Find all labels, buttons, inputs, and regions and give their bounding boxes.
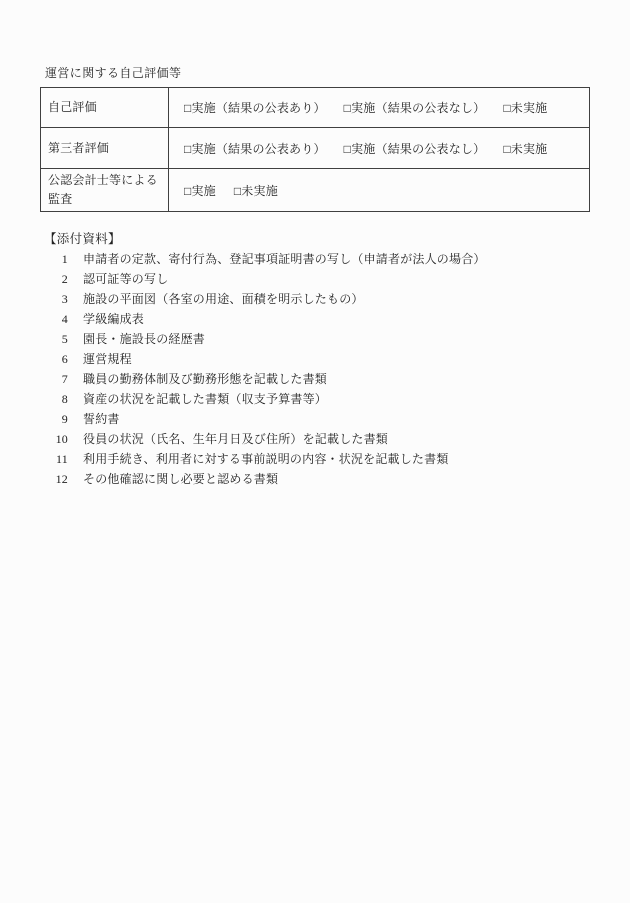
list-item-number: 4 [40,309,68,329]
table-row-third-party-evaluation: 第三者評価 □実施（結果の公表あり） □実施（結果の公表なし） □未実施 [41,128,590,169]
table-row-self-evaluation: 自己評価 □実施（結果の公表あり） □実施（結果の公表なし） □未実施 [41,88,590,128]
checkbox-option: □実施（結果の公表なし） [344,99,486,116]
row-options-cell: □実施 □未実施 [169,169,590,212]
list-item: 1 申請者の定款、寄付行為、登記事項証明書の写し（申請者が法人の場合） [40,249,600,269]
list-item: 11 利用手続き、利用者に対する事前説明の内容・状況を記載した書類 [40,449,600,469]
list-item: 4 学級編成表 [40,309,600,329]
list-item-text: 園長・施設長の経歴書 [83,329,205,349]
list-item-number: 7 [40,369,68,389]
list-item: 8 資産の状況を記載した書類（収支予算書等） [40,389,600,409]
list-item: 6 運営規程 [40,349,600,369]
checkbox-option: □未実施 [503,140,547,157]
list-item: 2 認可証等の写し [40,269,600,289]
list-item-text: 運営規程 [83,349,132,369]
section-title: 運営に関する自己評価等 [45,64,181,81]
row-label: 自己評価 [41,88,169,128]
list-item: 7 職員の勤務体制及び勤務形態を記載した書類 [40,369,600,389]
list-item-number: 12 [40,469,68,489]
list-item-number: 9 [40,409,68,429]
checkbox-option: □実施 [184,182,216,199]
list-item-text: 資産の状況を記載した書類（収支予算書等） [83,389,327,409]
list-item-text: 利用手続き、利用者に対する事前説明の内容・状況を記載した書類 [83,449,449,469]
list-item-number: 3 [40,289,68,309]
list-item-text: 学級編成表 [83,309,144,329]
options-group: □実施（結果の公表あり） □実施（結果の公表なし） □未実施 [184,99,585,116]
list-item-number: 1 [40,249,68,269]
list-item-number: 10 [40,429,68,449]
list-item-number: 6 [40,349,68,369]
list-item-text: 役員の状況（氏名、生年月日及び住所）を記載した書類 [83,429,388,449]
list-item-number: 5 [40,329,68,349]
checkbox-option: □未実施 [234,182,278,199]
row-label: 公認会計士等による監査 [41,169,169,212]
options-group: □実施（結果の公表あり） □実施（結果の公表なし） □未実施 [184,140,585,157]
row-options-cell: □実施（結果の公表あり） □実施（結果の公表なし） □未実施 [169,128,590,169]
list-item: 5 園長・施設長の経歴書 [40,329,600,349]
list-item-text: 申請者の定款、寄付行為、登記事項証明書の写し（申請者が法人の場合） [83,249,486,269]
list-item-text: その他確認に関し必要と認める書類 [83,469,278,489]
list-item-number: 2 [40,269,68,289]
list-item: 12 その他確認に関し必要と認める書類 [40,469,600,489]
options-group: □実施 □未実施 [184,182,585,199]
list-item: 3 施設の平面図（各室の用途、面積を明示したもの） [40,289,600,309]
list-item-text: 職員の勤務体制及び勤務形態を記載した書類 [83,369,327,389]
list-item-text: 認可証等の写し [83,269,168,289]
list-item-number: 8 [40,389,68,409]
row-label: 第三者評価 [41,128,169,169]
checkbox-option: □実施（結果の公表あり） [184,140,326,157]
list-item-text: 誓約書 [83,409,120,429]
list-item: 9 誓約書 [40,409,600,429]
self-evaluation-table: 自己評価 □実施（結果の公表あり） □実施（結果の公表なし） □未実施 第三者評… [40,87,590,212]
checkbox-option: □実施（結果の公表なし） [344,140,486,157]
attachments-heading: 【添付資料】 [44,229,121,247]
checkbox-option: □実施（結果の公表あり） [184,99,326,116]
table-row-accountant-audit: 公認会計士等による監査 □実施 □未実施 [41,169,590,212]
attachments-list: 1 申請者の定款、寄付行為、登記事項証明書の写し（申請者が法人の場合） 2 認可… [40,249,600,489]
list-item-text: 施設の平面図（各室の用途、面積を明示したもの） [83,289,364,309]
list-item-number: 11 [40,449,68,469]
row-options-cell: □実施（結果の公表あり） □実施（結果の公表なし） □未実施 [169,88,590,128]
checkbox-option: □未実施 [503,99,547,116]
list-item: 10 役員の状況（氏名、生年月日及び住所）を記載した書類 [40,429,600,449]
